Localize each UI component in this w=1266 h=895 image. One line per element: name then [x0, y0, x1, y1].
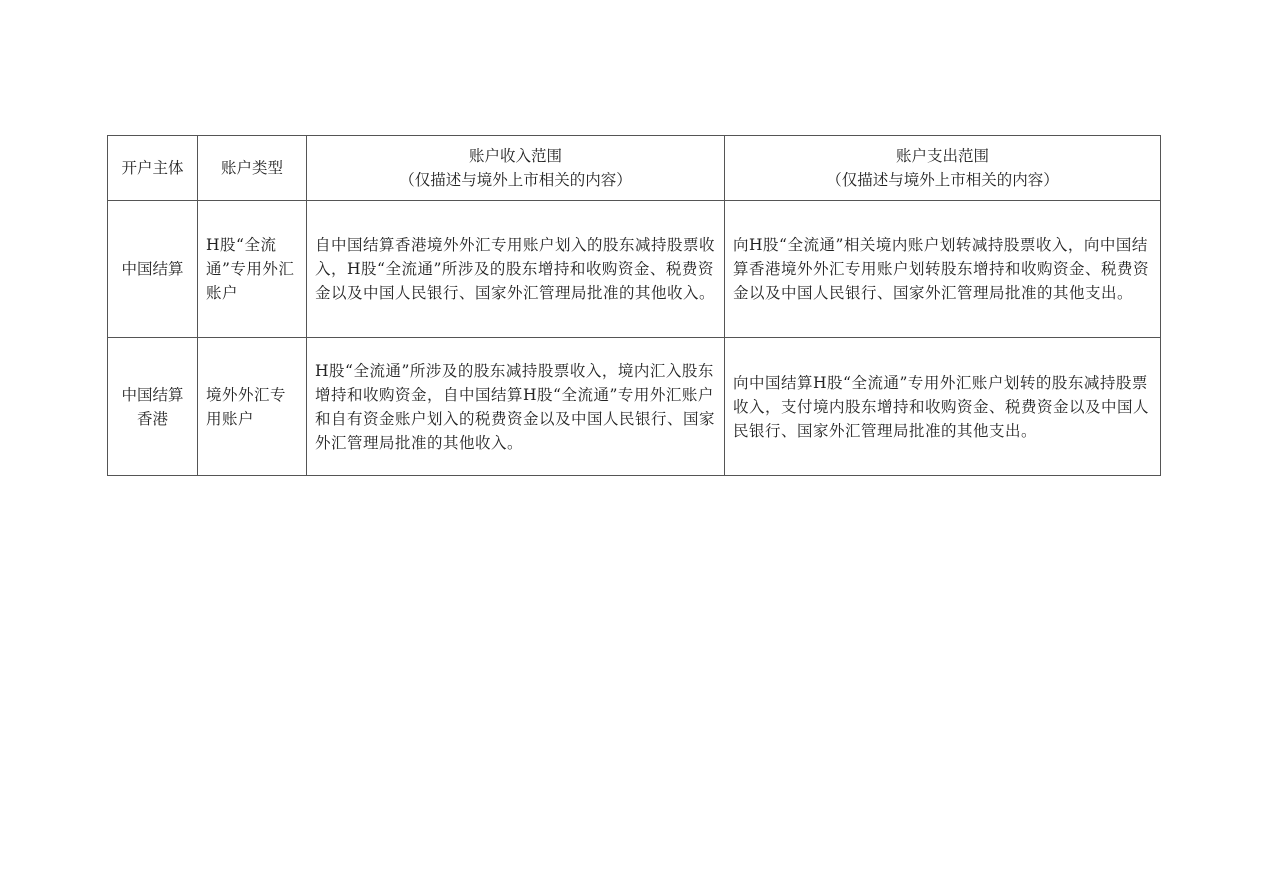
cell-entity: 中国结算 [108, 201, 198, 338]
header-expense-scope: 账户支出范围 （仅描述与境外上市相关的内容） [725, 136, 1161, 201]
table-header-row: 开户主体 账户类型 账户收入范围 （仅描述与境外上市相关的内容） 账户支出范围 … [108, 136, 1161, 201]
cell-expense-scope: 向H股“全流通”相关境内账户划转减持股票收入，向中国结算香港境外外汇专用账户划转… [725, 201, 1161, 338]
table-row: 中国结算香港 境外外汇专用账户 H股“全流通”所涉及的股东减持股票收入，境内汇入… [108, 338, 1161, 476]
cell-account-type: H股“全流通”专用外汇账户 [198, 201, 307, 338]
cell-expense-scope: 向中国结算H股“全流通”专用外汇账户划转的股东减持股票收入，支付境内股东增持和收… [725, 338, 1161, 476]
header-account-type: 账户类型 [198, 136, 307, 201]
cell-entity: 中国结算香港 [108, 338, 198, 476]
cell-income-scope: 自中国结算香港境外外汇专用账户划入的股东减持股票收入，H股“全流通”所涉及的股东… [307, 201, 725, 338]
cell-income-scope: H股“全流通”所涉及的股东减持股票收入，境内汇入股东增持和收购资金，自中国结算H… [307, 338, 725, 476]
cell-account-type: 境外外汇专用账户 [198, 338, 307, 476]
header-entity: 开户主体 [108, 136, 198, 201]
header-income-scope: 账户收入范围 （仅描述与境外上市相关的内容） [307, 136, 725, 201]
table-row: 中国结算 H股“全流通”专用外汇账户 自中国结算香港境外外汇专用账户划入的股东减… [108, 201, 1161, 338]
account-scope-table: 开户主体 账户类型 账户收入范围 （仅描述与境外上市相关的内容） 账户支出范围 … [107, 135, 1161, 476]
